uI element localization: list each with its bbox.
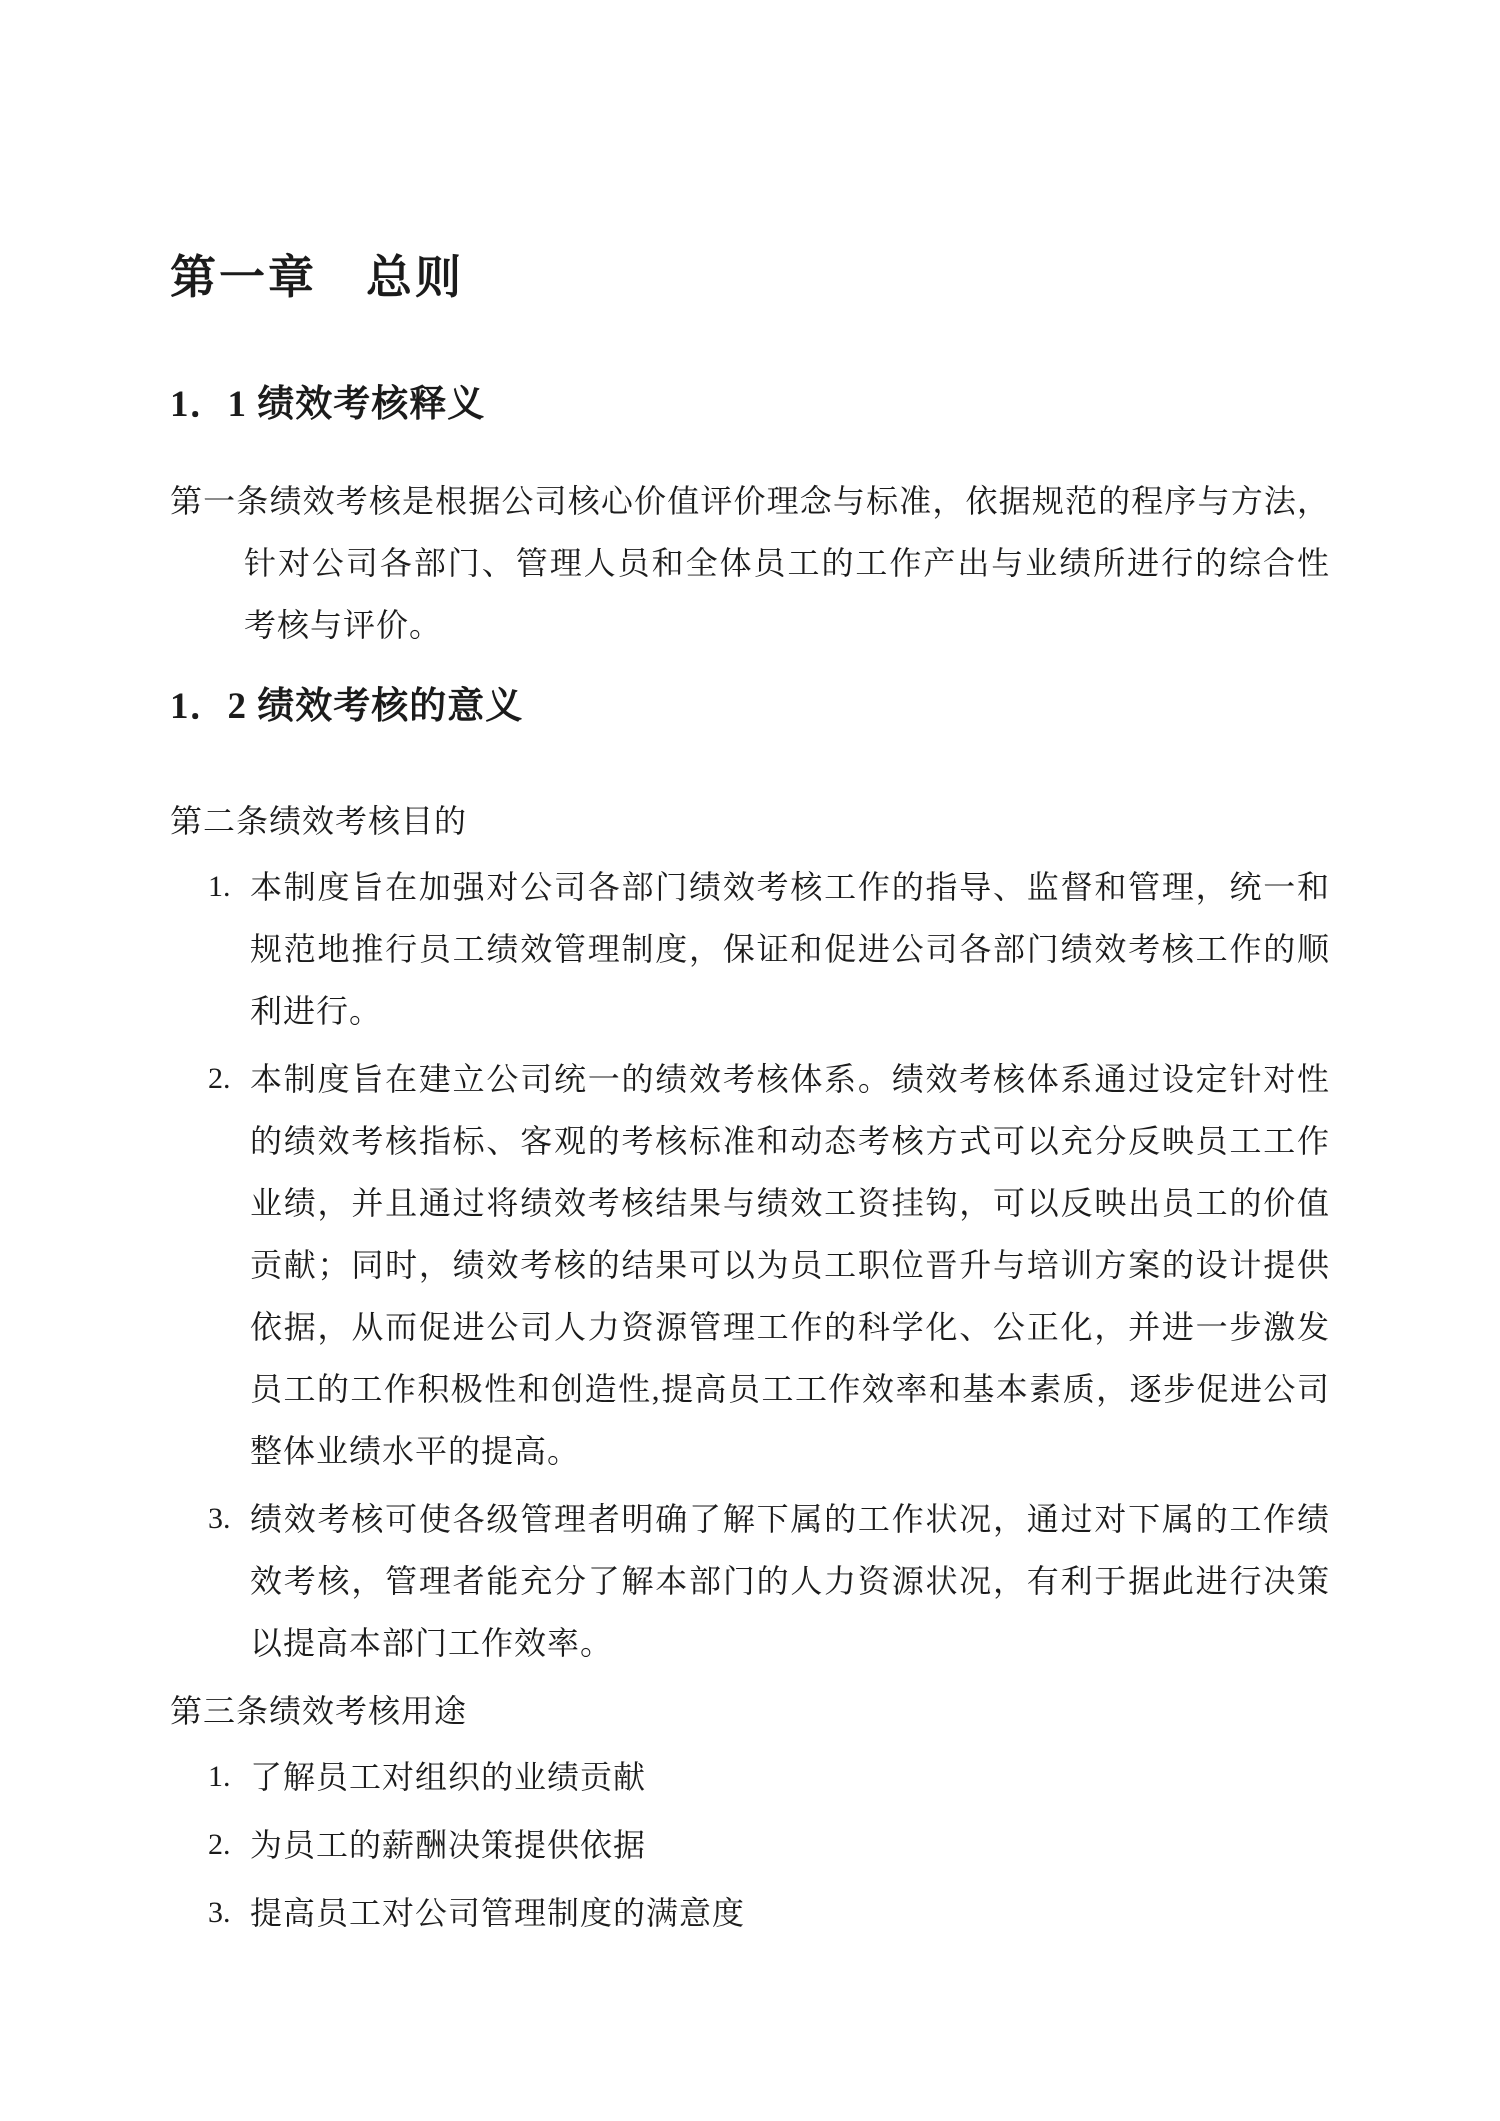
list-item-text: 为员工的薪酬决策提供依据 (250, 1814, 1330, 1876)
section-heading-1-2: 1．2 绩效考核的意义 (170, 684, 1330, 730)
article-2-item-list: 1. 本制度旨在加强对公司各部门绩效考核工作的指导、监督和管理，统一和规范地推行… (170, 856, 1330, 1674)
article-2-title: 第二条绩效考核目的 (170, 790, 1330, 852)
article-1-paragraph: 第一条绩效考核是根据公司核心价值评价理念与标准，依据规范的程序与方法，针对公司各… (170, 470, 1330, 656)
list-item-number: 2. (208, 1814, 250, 1876)
list-item-number: 3. (208, 1488, 250, 1550)
list-item-number: 1. (208, 1746, 250, 1808)
document-page: 第一章 总则 1．1 绩效考核释义 第一条绩效考核是根据公司核心价值评价理念与标… (0, 0, 1500, 2121)
chapter-title: 第一章 总则 (170, 250, 1330, 306)
list-item-number: 1. (208, 856, 250, 918)
list-item: 3. 提高员工对公司管理制度的满意度 (208, 1882, 1330, 1944)
list-item: 2. 为员工的薪酬决策提供依据 (208, 1814, 1330, 1876)
list-item-number: 3. (208, 1882, 250, 1944)
list-item-text: 绩效考核可使各级管理者明确了解下属的工作状况，通过对下属的工作绩效考核，管理者能… (250, 1488, 1330, 1674)
article-3-title: 第三条绩效考核用途 (170, 1680, 1330, 1742)
list-item: 3. 绩效考核可使各级管理者明确了解下属的工作状况，通过对下属的工作绩效考核，管… (208, 1488, 1330, 1674)
list-item-text: 提高员工对公司管理制度的满意度 (250, 1882, 1330, 1944)
list-item: 1. 本制度旨在加强对公司各部门绩效考核工作的指导、监督和管理，统一和规范地推行… (208, 856, 1330, 1042)
list-item-text: 了解员工对组织的业绩贡献 (250, 1746, 1330, 1808)
list-item-text: 本制度旨在建立公司统一的绩效考核体系。绩效考核体系通过设定针对性的绩效考核指标、… (250, 1048, 1330, 1482)
article-3-item-list: 1. 了解员工对组织的业绩贡献 2. 为员工的薪酬决策提供依据 3. 提高员工对… (170, 1746, 1330, 1944)
list-item: 1. 了解员工对组织的业绩贡献 (208, 1746, 1330, 1808)
list-item: 2. 本制度旨在建立公司统一的绩效考核体系。绩效考核体系通过设定针对性的绩效考核… (208, 1048, 1330, 1482)
list-item-number: 2. (208, 1048, 250, 1110)
list-item-text: 本制度旨在加强对公司各部门绩效考核工作的指导、监督和管理，统一和规范地推行员工绩… (250, 856, 1330, 1042)
section-heading-1-1: 1．1 绩效考核释义 (170, 382, 1330, 428)
